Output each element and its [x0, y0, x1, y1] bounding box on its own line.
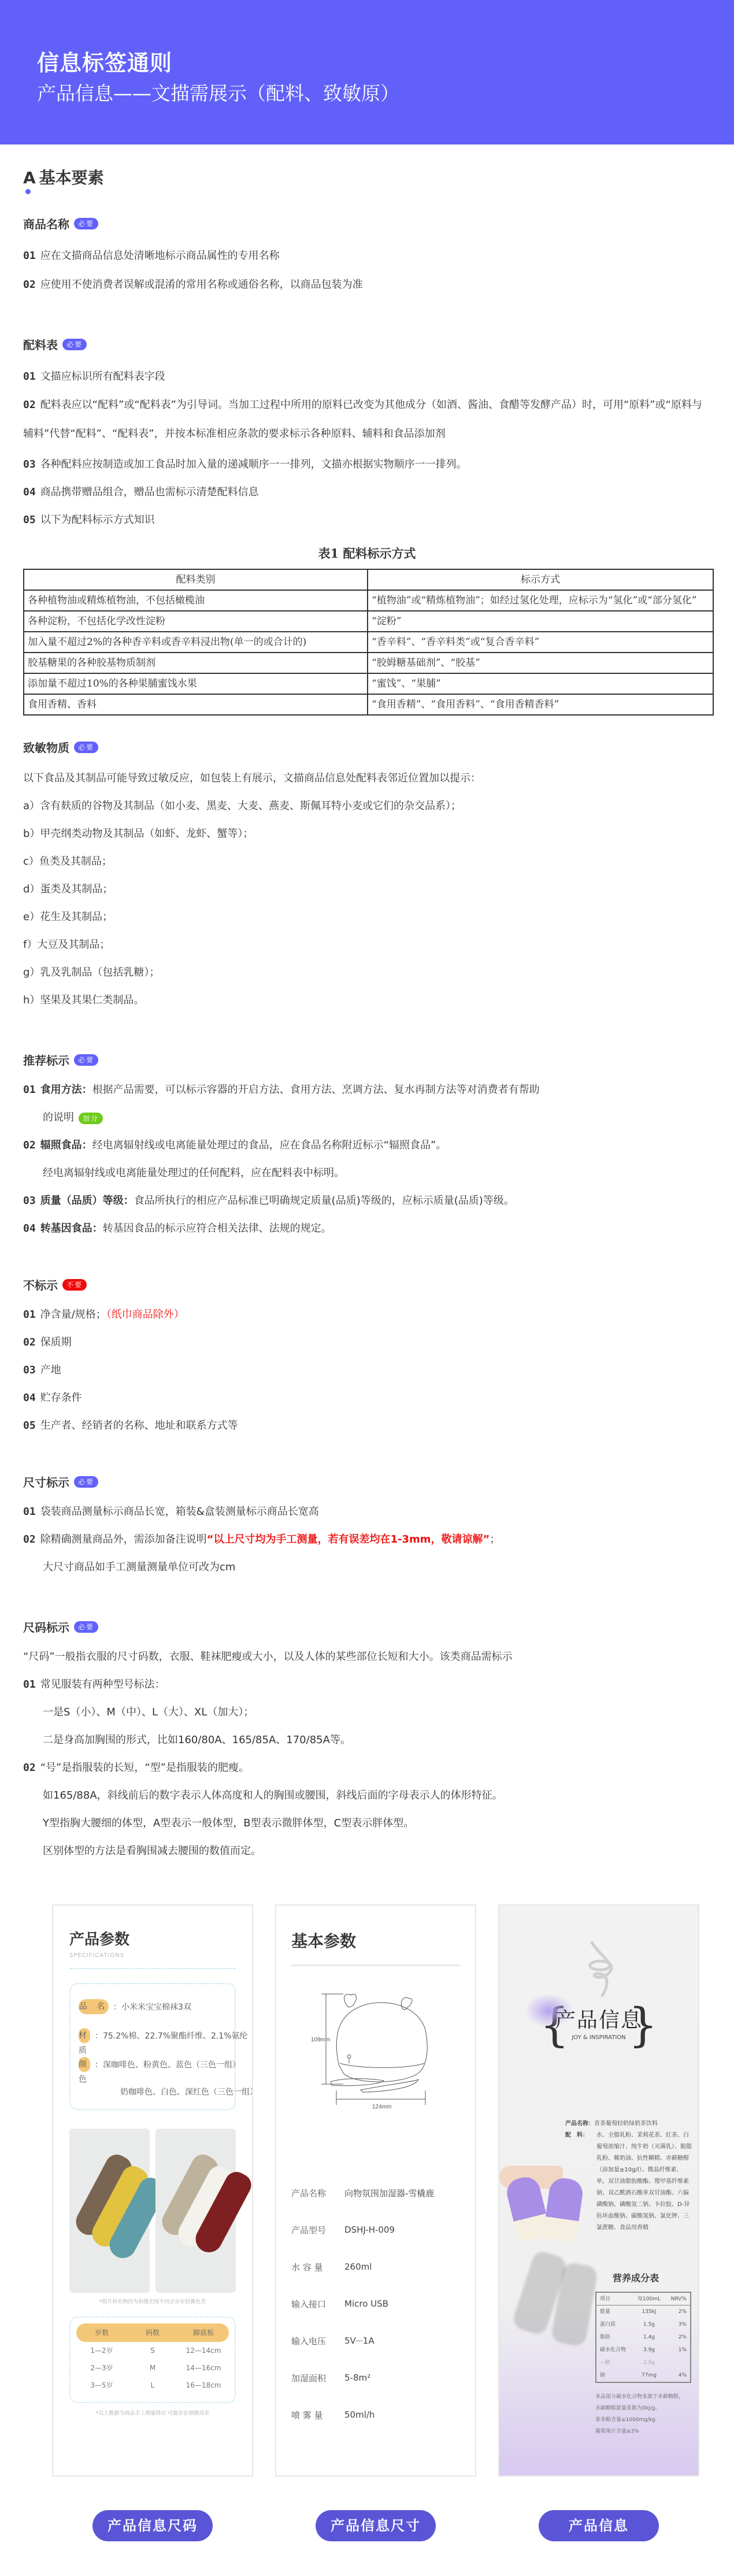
- list-item: 02辐照食品：经电离辐射线或电离能量处理过的食品，应在食品名称附近标示“辐照食品…: [23, 1139, 711, 1152]
- size-table-row: 2—3岁M14—16cm: [76, 2359, 229, 2377]
- product-info-text: 产品名称：喜茶葡萄轻奶绿奶茶饮料 配 料：水、全脂乳粉、茉莉花茶、红茶、白葡萄浓…: [565, 2118, 692, 2234]
- recommended-heading: 推荐标示 必要: [23, 1051, 711, 1068]
- subsection-title: 推荐标示: [23, 1051, 69, 1068]
- table-header-row: 配料类别 标示方式: [24, 569, 713, 590]
- list-item: 05生产者、经销者的名称、地址和联系方式等: [23, 1419, 711, 1433]
- example-image-milk-tea: { } 产品信息 JOY & INSPIRATION 产品名称：喜茶葡萄轻奶绿奶…: [498, 1904, 699, 2477]
- spiral-decoration-icon: [580, 1940, 621, 1998]
- allergen-item: h）坚果及其果仁类制品。: [23, 994, 711, 1007]
- card-subtitle: JOY & INSPIRATION: [499, 2034, 698, 2041]
- required-badge: 必要: [74, 1054, 98, 1066]
- allergen-item: c）鱼类及其制品；: [23, 855, 711, 869]
- example-cards: 产品参数 SPECIFICATIONS 品 名：小米米宝宝棉袜3双 材 质：75…: [0, 1904, 734, 2541]
- table-title: 表1 配料标示方式: [23, 544, 711, 562]
- svg-text:124mm: 124mm: [372, 2104, 391, 2110]
- table-row: 各种植物油或精炼植物油，不包括橄榄油“植物油”或“精炼植物油”；如经过氢化处理，…: [24, 590, 713, 611]
- allergen-item: f）大豆及其制品；: [23, 938, 711, 952]
- ingredients-heading: 配料表 必要: [23, 336, 711, 353]
- subsection-title: 商品名称: [23, 215, 69, 232]
- card-title: 基本参数: [291, 1929, 460, 1952]
- card-subtitle: SPECIFICATIONS: [69, 1952, 236, 1959]
- allergen-item: d）蛋类及其制品；: [23, 883, 711, 896]
- allergen-item: b）甲壳纲类动物及其制品（如虾、龙虾、蟹等）；: [23, 827, 711, 841]
- allergen-item: g）乳及乳制品（包括乳糖）；: [23, 966, 711, 980]
- size-code-intro: “尺码”一般指衣服的尺寸码数，衣服、鞋袜肥瘦或大小，以及人体的某些部位长短和大小…: [23, 1650, 711, 1664]
- spec-row: 颜 色：深咖啡色、粉黄色、蓝色（三色一组）: [79, 2057, 227, 2072]
- subsection-title: 不标示: [23, 1276, 58, 1293]
- example-label-size-code[interactable]: 产品信息尺码: [92, 2510, 213, 2541]
- list-item: 02除精确测量商品外，需添加备注说明“以上尺寸均为手工测量，若有误差均在1-3m…: [23, 1533, 711, 1547]
- svg-text:109mm: 109mm: [311, 2037, 330, 2043]
- example-image-socks: 产品参数 SPECIFICATIONS 品 名：小米米宝宝棉袜3双 材 质：75…: [52, 1904, 253, 2477]
- table-row: 各种淀粉，不包括化学改性淀粉“淀粉”: [24, 611, 713, 632]
- table-row: 胶基糖果的各种胶基物质制剂“胶姆糖基础剂”、“胶基”: [24, 653, 713, 673]
- main-content: A基本要素 商品名称 必要 01应在文描商品信息处清晰地标示商品属性的专用名称 …: [0, 144, 734, 1858]
- size-code-heading: 尺码标示 必要: [23, 1618, 711, 1635]
- size-table: 岁数 码数 脚底板 1—2岁S12—14cm 2—3岁M14—16cm 3—5岁…: [69, 2316, 236, 2403]
- spec-row: 奶咖啡色、白色、深红色（三色一组）: [79, 2086, 227, 2097]
- spec-row: 加湿面积5-8m²: [291, 2359, 460, 2396]
- table-row: 加入量不超过2%的各种香辛料或香辛料浸出物(单一的或合计的)“香辛料”、“香辛料…: [24, 632, 713, 653]
- bonus-badge: 加分: [79, 1113, 103, 1124]
- example-image-humidifier: 基本参数: [275, 1904, 476, 2477]
- required-badge: 必要: [74, 218, 98, 229]
- example-label-product-info[interactable]: 产品信息: [539, 2510, 659, 2541]
- list-item: 05以下为配料标示方式知识: [23, 513, 711, 527]
- list-item: 01应在文描商品信息处清晰地标示商品属性的专用名称: [23, 249, 711, 263]
- product-name-heading: 商品名称 必要: [23, 215, 711, 232]
- measurement-note: *以上数据为商品手工测量得出 可能存在细微误差: [69, 2409, 236, 2416]
- allergens-intro: 以下食品及其制品可能导致过敏反应，如包装上有展示，文描商品信息处配料表邻近位置加…: [23, 772, 711, 785]
- list-item: 01净含量/规格；（纸巾商品除外）: [23, 1308, 711, 1322]
- list-item: 02“号”是指服装的长短，“型”是指服装的肥瘦。: [23, 1761, 711, 1775]
- list-item-continuation: 大尺寸商品如手工测量测量单位可改为cm: [23, 1561, 711, 1574]
- spec-row: 品 名：小米米宝宝棉袜3双: [79, 1999, 227, 2014]
- size-table-row: 1—2岁S12—14cm: [76, 2342, 229, 2359]
- nutrition-table: 项目每100mLNRV% 能量135kJ2% 蛋白质1.5g3% 脂肪1.4g2…: [595, 2292, 691, 2383]
- list-item-continuation: Y型指胸大腰细的体型，A型表示一般体型，B型表示微胖体型，C型表示胖体型。: [23, 1817, 711, 1830]
- dimension-heading: 尺寸标示 必要: [23, 1473, 711, 1490]
- spec-row: 产品型号DSHJ-H-009: [291, 2211, 460, 2248]
- list-item: 01文描应标识所有配料表字段: [23, 370, 711, 384]
- subsection-title: 致敏物质: [23, 739, 69, 755]
- allergen-item: a）含有麸质的谷物及其制品（如小麦、黑麦、大麦、燕麦、斯佩耳特小麦或它们的杂交品…: [23, 799, 711, 813]
- table-row: 食用香精、香料“食用香精”、“食用香料”、“食用香精香料”: [24, 694, 713, 715]
- list-item: 02保质期: [23, 1336, 711, 1350]
- list-item: 02配料表应以“配料”或“配料表”为引导词。当加工过程中所用的原料已改变为其他成…: [23, 391, 711, 449]
- size-table-header: 岁数 码数 脚底板: [76, 2323, 229, 2342]
- example-size-code: 产品参数 SPECIFICATIONS 品 名：小米米宝宝棉袜3双 材 质：75…: [52, 1904, 253, 2541]
- list-item-continuation: 经电离辐射线或电离能量处理过的任何配料，应在配料表中标明。: [23, 1166, 711, 1180]
- subsection-title: 尺码标示: [23, 1618, 69, 1635]
- list-item-continuation: 二是身高加胸围的形式，比如160/80A、165/85A、170/85A等。: [23, 1733, 711, 1747]
- sock-photo-1: [69, 2129, 150, 2293]
- list-item: 01食用方法：根据产品需要，可以标示容器的开启方法、食用方法、烹调方法、复水再制…: [23, 1083, 711, 1097]
- not-required-badge: 不要: [62, 1279, 87, 1291]
- spec-row: 输入接口Micro USB: [291, 2285, 460, 2322]
- list-item: 04转基因食品：转基因食品的标示应符合相关法律、法规的规定。: [23, 1222, 711, 1236]
- photo-note: *照片和实物因为拍摄光线不同会存在轻微色差: [69, 2297, 236, 2305]
- list-item: 03产地: [23, 1363, 711, 1377]
- allergen-item: e）花生及其制品；: [23, 910, 711, 924]
- hero-banner: 信息标签通则 产品信息——文描需展示（配料、致敏原）: [0, 0, 734, 144]
- table-header: 标示方式: [368, 569, 713, 590]
- list-item-continuation: 如165/88A，斜线前后的数字表示人体高度和人的胸围或腰围，斜线后面的字母表示…: [23, 1789, 711, 1803]
- card-title: 产品参数: [69, 1928, 236, 1949]
- table-header: 配料类别: [24, 569, 368, 590]
- product-drawing: 109mm 124mm: [291, 1966, 460, 2174]
- divider: [69, 1968, 236, 1969]
- spec-row: 材 质：75.2%棉、22.7%聚酯纤维、2.1%氨纶: [79, 2028, 227, 2043]
- not-shown-heading: 不标示 不要: [23, 1276, 711, 1293]
- required-badge: 必要: [74, 1621, 98, 1633]
- list-item: 01袋装商品测量标示商品长宽，箱装&盒装测量标示商品长宽高: [23, 1505, 711, 1519]
- list-item: 01常见服装有两种型号标法：: [23, 1678, 711, 1692]
- spec-row: 喷 雾 量50ml/h: [291, 2396, 460, 2433]
- humidifier-outline-icon: 109mm 124mm: [291, 1966, 462, 2174]
- list-item: 03质量（品质）等级：食品所执行的相应产品标准已明确规定质量(品质)等级的，应标…: [23, 1194, 711, 1208]
- list-item: 04贮存条件: [23, 1391, 711, 1405]
- nutrition-footnotes: 本品部分碳水化合物来源于赤藓糖醇， 赤藓糖醇能量系数为0kJ/g。 茶多酚含量≥…: [595, 2391, 684, 2437]
- list-item: 02应使用不使消费者误解或混淆的常用名称或通俗名称，以商品包装为准: [23, 278, 711, 292]
- highlight-note: “以上尺寸均为手工测量，若有误差均在1-3mm，敬请谅解”: [207, 1533, 490, 1545]
- required-badge: 必要: [62, 339, 87, 350]
- sock-photos: [69, 2129, 236, 2293]
- card-title: 产品信息: [499, 2004, 698, 2033]
- spec-row: 输入电压5V⎓1A: [291, 2322, 460, 2359]
- allergens-heading: 致敏物质 必要: [23, 739, 711, 755]
- example-dimensions: 基本参数: [275, 1904, 476, 2541]
- list-item: 04商品携带赠品组合，赠品也需标示清楚配料信息: [23, 485, 711, 499]
- list-item-continuation: 区别体型的方法是看胸围减去腰围的数值而定。: [23, 1844, 711, 1858]
- page-title: 信息标签通则: [37, 50, 734, 76]
- table-row: 添加量不超过10%的各种果脯蜜饯水果“蜜饯”、“果脯”: [24, 673, 713, 694]
- spec-box: 品 名：小米米宝宝棉袜3双 材 质：75.2%棉、22.7%聚酯纤维、2.1%氨…: [69, 1983, 236, 2110]
- page-subtitle: 产品信息——文描需展示（配料、致敏原）: [37, 80, 734, 108]
- section-letter: A: [23, 168, 36, 188]
- card-title-block: 产品信息 JOY & INSPIRATION: [499, 2004, 698, 2041]
- example-product-info: { } 产品信息 JOY & INSPIRATION 产品名称：喜茶葡萄轻奶绿奶…: [498, 1904, 699, 2541]
- section-title: 基本要素: [39, 168, 104, 188]
- required-badge: 必要: [74, 1476, 98, 1488]
- list-item-continuation: 一是S（小）、M（中）、L（大）、XL（加大）；: [23, 1706, 711, 1719]
- subsection-title: 配料表: [23, 336, 58, 353]
- spec-row: 水 容 量260ml: [291, 2248, 460, 2285]
- spec-row: 产品名称向物氛围加湿器-雪橇鹿: [291, 2174, 460, 2211]
- exception-note: （纸巾商品除外）: [106, 1309, 184, 1321]
- size-table-row: 3—5岁L16—18cm: [76, 2377, 229, 2394]
- example-label-dimensions[interactable]: 产品信息尺寸: [316, 2510, 436, 2541]
- sock-photo-2: [155, 2129, 236, 2293]
- subsection-title: 尺寸标示: [23, 1473, 69, 1490]
- list-item: 03各种配料应按制造或加工食品时加入量的递减顺序一一排列，文描亦根据实物顺序一一…: [23, 458, 711, 472]
- nutrition-title: 营养成分表: [613, 2271, 659, 2284]
- section-a-heading: A基本要素: [23, 168, 104, 188]
- list-item-continuation: 的说明加分: [23, 1111, 711, 1125]
- ingredient-table: 配料类别 标示方式 各种植物油或精炼植物油，不包括橄榄油“植物油”或“精炼植物油…: [23, 569, 714, 716]
- required-badge: 必要: [74, 742, 98, 753]
